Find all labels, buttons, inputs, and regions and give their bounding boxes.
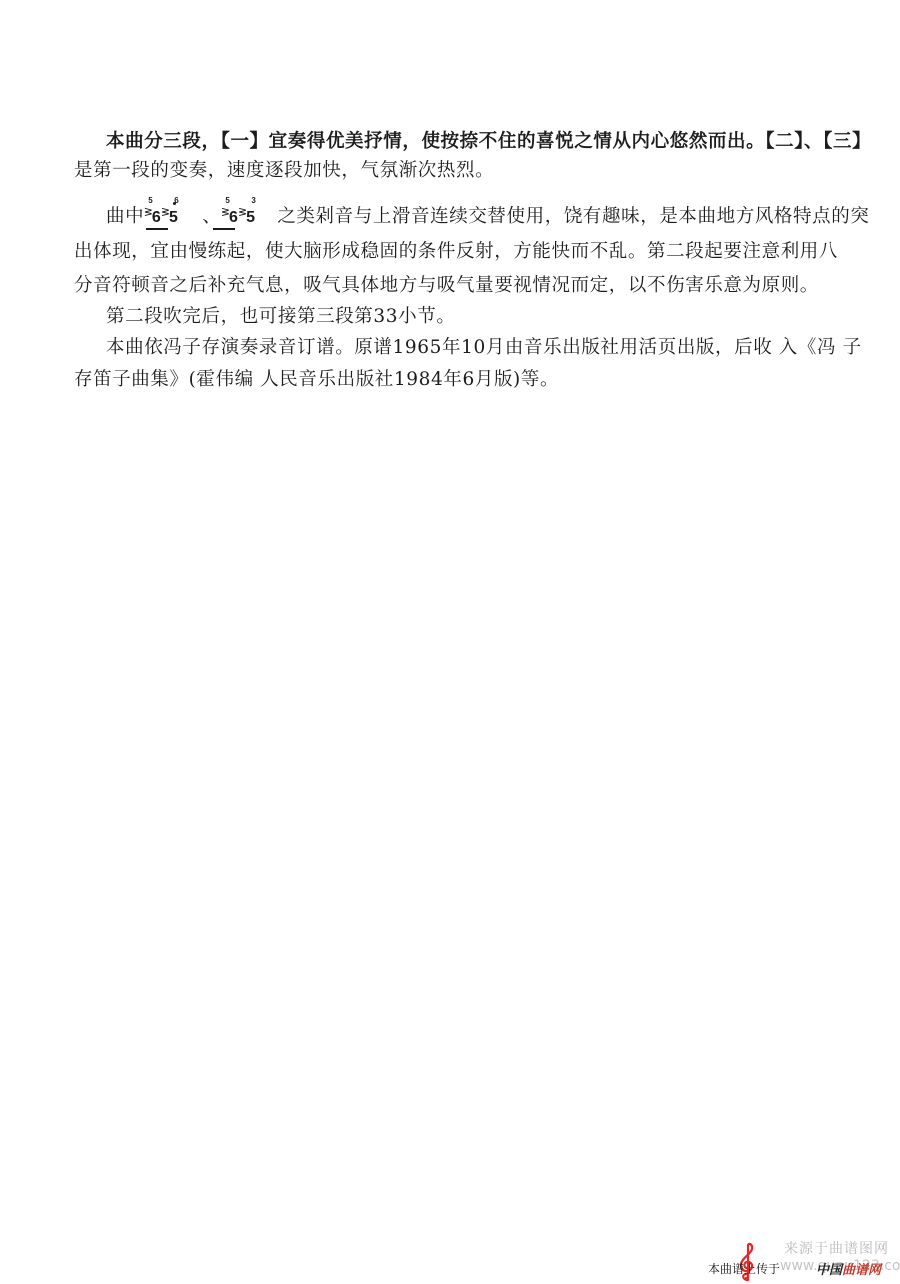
notation-separator: 、: [202, 206, 221, 227]
notation-prefix: 曲中: [106, 206, 144, 227]
paragraph-1-line-2: 是第一段的变奏，速度逐段加快，气氛渐次热烈。: [74, 159, 494, 183]
paragraph-3-line-1: 第二段吹完后，也可接第三段第33小节。: [106, 305, 455, 329]
slide-mark-icon: ᕒ: [144, 207, 153, 219]
slide-mark-icon: ᕒ: [238, 207, 247, 219]
paragraph-2-line-3: 分音符顿音之后补充气息，吸气具体地方与吸气量要视情况而定，以不伤害乐意为原则。: [74, 274, 819, 298]
paragraph-2-line-2: 出体现，宜由慢练起，使大脑形成稳固的条件反射，方能快而不乱。第二段起要注意利用八: [74, 240, 838, 264]
main-note-1: 6: [152, 209, 162, 226]
watermark-source-text: 来源于曲谱图网: [784, 1238, 889, 1258]
grace-note-3: 5: [225, 197, 230, 205]
paragraph-4-line-2: 存笛子曲集》(霍伟编 人民音乐出版社1984年6月版)等。: [74, 368, 559, 392]
notation-suffix: 之类剁音与上滑音连续交替使用，饶有趣味，是本曲地方风格特点的突: [277, 206, 869, 227]
main-note-3: 6: [229, 209, 239, 226]
grace-note-1: 5: [148, 197, 153, 205]
main-note-4: 5: [246, 209, 256, 226]
slide-mark-icon: ᕒ: [221, 207, 230, 219]
watermark-brand: 中国曲谱网: [816, 1259, 881, 1278]
grace-note-4: 3: [251, 197, 256, 205]
watermark-brand-part2: 曲谱网: [842, 1263, 881, 1278]
document-page: 本曲分三段，【一】宜奏得优美抒情，使按捺不住的喜悦之情从内心悠然而出。【二】、【…: [0, 0, 900, 1284]
notation-underline-2: [213, 228, 235, 230]
watermark: 来源于曲谱图网 本曲谱上传于 www.qupu123.com 中国曲谱网: [708, 1236, 900, 1284]
watermark-brand-part1: 中国: [816, 1263, 842, 1278]
watermark-upload-text: 本曲谱上传于: [708, 1260, 780, 1277]
paragraph-1-line-1: 本曲分三段，【一】宜奏得优美抒情，使按捺不住的喜悦之情从内心悠然而出。【二】、【…: [106, 130, 871, 154]
paragraph-4-line-1: 本曲依冯子存演奏录音订谱。原谱1965年10月由音乐出版社用活页出版，后收 入《…: [106, 336, 862, 360]
main-note-2: 5: [169, 206, 179, 230]
notation-underline-1: [146, 228, 168, 230]
